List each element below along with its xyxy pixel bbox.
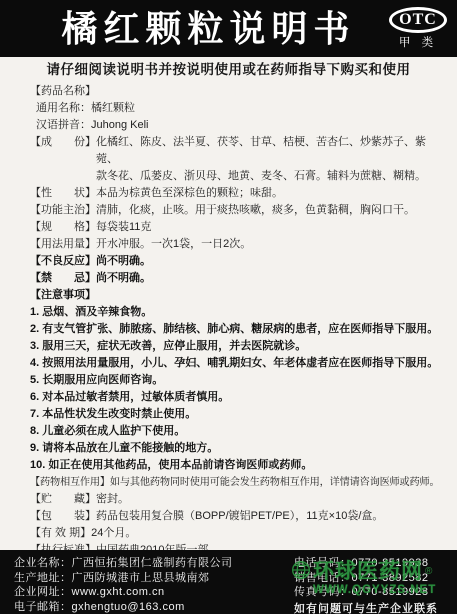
otc-class-label: 甲 类 xyxy=(387,34,449,50)
row-contraindication: 【禁 忌】 尚不明确。 xyxy=(30,270,445,287)
ingredients-value: 化橘红、陈皮、法半夏、茯苓、甘草、桔梗、苦杏仁、炒紫苏子、紫菀、 款冬花、瓜蒌皮… xyxy=(96,134,445,185)
character-label: 【性 状】 xyxy=(30,185,96,202)
manufacturer-footer: 企业名称：广西恒拓集团仁盛制药有限公司 生产地址：广西防城港市上思县城南郊 企业… xyxy=(0,550,457,614)
read-instructions-notice: 请仔细阅读说明书并按说明使用或在药师指导下购买和使用 xyxy=(0,57,457,82)
otc-icon: OTC xyxy=(389,7,447,33)
contact-info-column: 电话号码：0770-8519938 销售电话：0771-3892582 传真号码… xyxy=(294,556,451,614)
interaction-value: 如与其他药物同时使用可能会发生药物相互作用，详情请咨询医师或药师。 xyxy=(110,474,445,491)
note-item-4: 4. 按照用法用量服用，小儿、孕妇、哺乳期妇女、年老体虚者应在医师指导下服用。 xyxy=(30,355,445,372)
usage-label: 【用法用量】 xyxy=(30,236,96,253)
ingredients-label: 【成 份】 xyxy=(30,134,96,185)
storage-label: 【贮 藏】 xyxy=(30,491,96,508)
sales-phone-number: 销售电话：0771-3892582 xyxy=(294,571,451,586)
row-character: 【性 状】 本品为棕黄色至深棕色的颗粒；味甜。 xyxy=(30,185,445,202)
note-item-1: 1. 忌烟、酒及辛辣食物。 xyxy=(30,304,445,321)
note-text: 6. 对本品过敏者禁用，过敏体质者慎用。 xyxy=(30,389,445,406)
note-text: 5. 长期服用应向医师咨询。 xyxy=(30,372,445,389)
note-item-9: 9. 请将本品放在儿童不能接触的地方。 xyxy=(30,440,445,457)
interaction-label: 【药物相互作用】 xyxy=(30,474,110,491)
note-item-2: 2. 有支气管扩张、肺脓疡、肺结核、肺心病、糖尿病的患者，应在医师指导下服用。 xyxy=(30,321,445,338)
contraindication-value: 尚不明确。 xyxy=(96,270,445,287)
note-item-7: 7. 本品性状发生改变时禁止使用。 xyxy=(30,406,445,423)
company-address: 生产地址：广西防城港市上思县城南郊 xyxy=(14,571,294,586)
note-text: 9. 请将本品放在儿童不能接触的地方。 xyxy=(30,440,445,457)
row-drug-name: 【药品名称】 xyxy=(30,83,445,100)
adverse-value: 尚不明确。 xyxy=(96,253,445,270)
note-text: 4. 按照用法用量服用，小儿、孕妇、哺乳期妇女、年老体虚者应在医师指导下服用。 xyxy=(30,355,445,372)
note-item-10: 10. 如正在使用其他药品，使用本品前请咨询医师或药师。 xyxy=(30,457,445,474)
row-indication: 【功能主治】 清肺，化痰，止咳。用于痰热咳嗽，痰多，色黄黏稠，胸闷口干。 xyxy=(30,202,445,219)
row-usage: 【用法用量】 开水冲服。一次1袋，一日2次。 xyxy=(30,236,445,253)
adverse-label: 【不良反应】 xyxy=(30,253,96,270)
fax-number: 传真号码：0770-8519928 xyxy=(294,585,451,600)
note-text: 3. 服用三天，症状无改善，应停止服用，并去医院就诊。 xyxy=(30,338,445,355)
header-bar: 橘红颗粒说明书 OTC 甲 类 xyxy=(0,0,457,57)
phone-number: 电话号码：0770-8519938 xyxy=(294,556,451,571)
note-text: 7. 本品性状发生改变时禁止使用。 xyxy=(30,406,445,423)
package-label: 【包 装】 xyxy=(30,508,96,525)
note-item-5: 5. 长期服用应向医师咨询。 xyxy=(30,372,445,389)
page-title: 橘红颗粒说明书 xyxy=(30,0,387,57)
indication-value: 清肺，化痰，止咳。用于痰热咳嗽，痰多，色黄黏稠，胸闷口干。 xyxy=(96,202,445,219)
row-pinyin: 汉语拼音：Juhong Keli xyxy=(30,117,445,134)
usage-value: 开水冲服。一次1袋，一日2次。 xyxy=(96,236,445,253)
ingredients-line-1: 化橘红、陈皮、法半夏、茯苓、甘草、桔梗、苦杏仁、炒紫苏子、紫菀、 xyxy=(96,134,445,168)
drug-name-label: 【药品名称】 xyxy=(30,83,96,100)
row-validity: 【有 效 期】 24个月。 xyxy=(30,525,445,542)
row-adverse: 【不良反应】 尚不明确。 xyxy=(30,253,445,270)
indication-label: 【功能主治】 xyxy=(30,202,96,219)
company-info-column: 企业名称：广西恒拓集团仁盛制药有限公司 生产地址：广西防城港市上思县城南郊 企业… xyxy=(14,556,294,614)
row-storage: 【贮 藏】 密封。 xyxy=(30,491,445,508)
company-email: 电子邮箱：gxhengtuo@163.com xyxy=(14,600,294,614)
contraindication-label: 【禁 忌】 xyxy=(30,270,96,287)
package-value: 药品包装用复合膜（BOPP/镀铝PET/PE），11克×10袋/盒。 xyxy=(96,508,445,525)
storage-value: 密封。 xyxy=(96,491,445,508)
otc-logo: OTC 甲 类 xyxy=(387,7,449,50)
note-text: 2. 有支气管扩张、肺脓疡、肺结核、肺心病、糖尿病的患者，应在医师指导下服用。 xyxy=(30,321,445,338)
note-item-6: 6. 对本品过敏者禁用，过敏体质者慎用。 xyxy=(30,389,445,406)
character-value: 本品为棕黄色至深棕色的颗粒；味甜。 xyxy=(96,185,445,202)
generic-name: 通用名称：橘红颗粒 xyxy=(30,100,445,117)
pinyin: 汉语拼音：Juhong Keli xyxy=(30,117,445,134)
ingredients-line-2: 款冬花、瓜蒌皮、浙贝母、地黄、麦冬、石膏。辅料为蔗糖、糊精。 xyxy=(96,168,445,185)
precautions-label: 【注意事项】 xyxy=(30,287,96,304)
note-text: 8. 儿童必须在成人监护下使用。 xyxy=(30,423,445,440)
spec-value: 每袋装11克 xyxy=(96,219,445,236)
company-name: 企业名称：广西恒拓集团仁盛制药有限公司 xyxy=(14,556,294,571)
contact-hint: 如有问题可与生产企业联系 xyxy=(294,602,451,614)
validity-label: 【有 效 期】 xyxy=(30,525,91,542)
note-item-3: 3. 服用三天，症状无改善，应停止服用，并去医院就诊。 xyxy=(30,338,445,355)
note-text: 10. 如正在使用其他药品，使用本品前请咨询医师或药师。 xyxy=(30,457,445,474)
leaflet-body: 【药品名称】 通用名称：橘红颗粒 汉语拼音：Juhong Keli 【成 份】 … xyxy=(0,82,457,593)
row-generic-name: 通用名称：橘红颗粒 xyxy=(30,100,445,117)
company-website: 企业网址：www.gxht.com.cn xyxy=(14,585,294,600)
row-package: 【包 装】 药品包装用复合膜（BOPP/镀铝PET/PE），11克×10袋/盒。 xyxy=(30,508,445,525)
row-ingredients: 【成 份】 化橘红、陈皮、法半夏、茯苓、甘草、桔梗、苦杏仁、炒紫苏子、紫菀、 款… xyxy=(30,134,445,185)
row-spec: 【规 格】 每袋装11克 xyxy=(30,219,445,236)
spec-label: 【规 格】 xyxy=(30,219,96,236)
note-text: 1. 忌烟、酒及辛辣食物。 xyxy=(30,304,445,321)
row-interaction: 【药物相互作用】 如与其他药物同时使用可能会发生药物相互作用，详情请咨询医师或药… xyxy=(30,474,445,491)
validity-value: 24个月。 xyxy=(91,525,445,542)
drug-leaflet-page: 橘红颗粒说明书 OTC 甲 类 请仔细阅读说明书并按说明使用或在药师指导下购买和… xyxy=(0,0,457,614)
row-precautions: 【注意事项】 xyxy=(30,287,445,304)
note-item-8: 8. 儿童必须在成人监护下使用。 xyxy=(30,423,445,440)
